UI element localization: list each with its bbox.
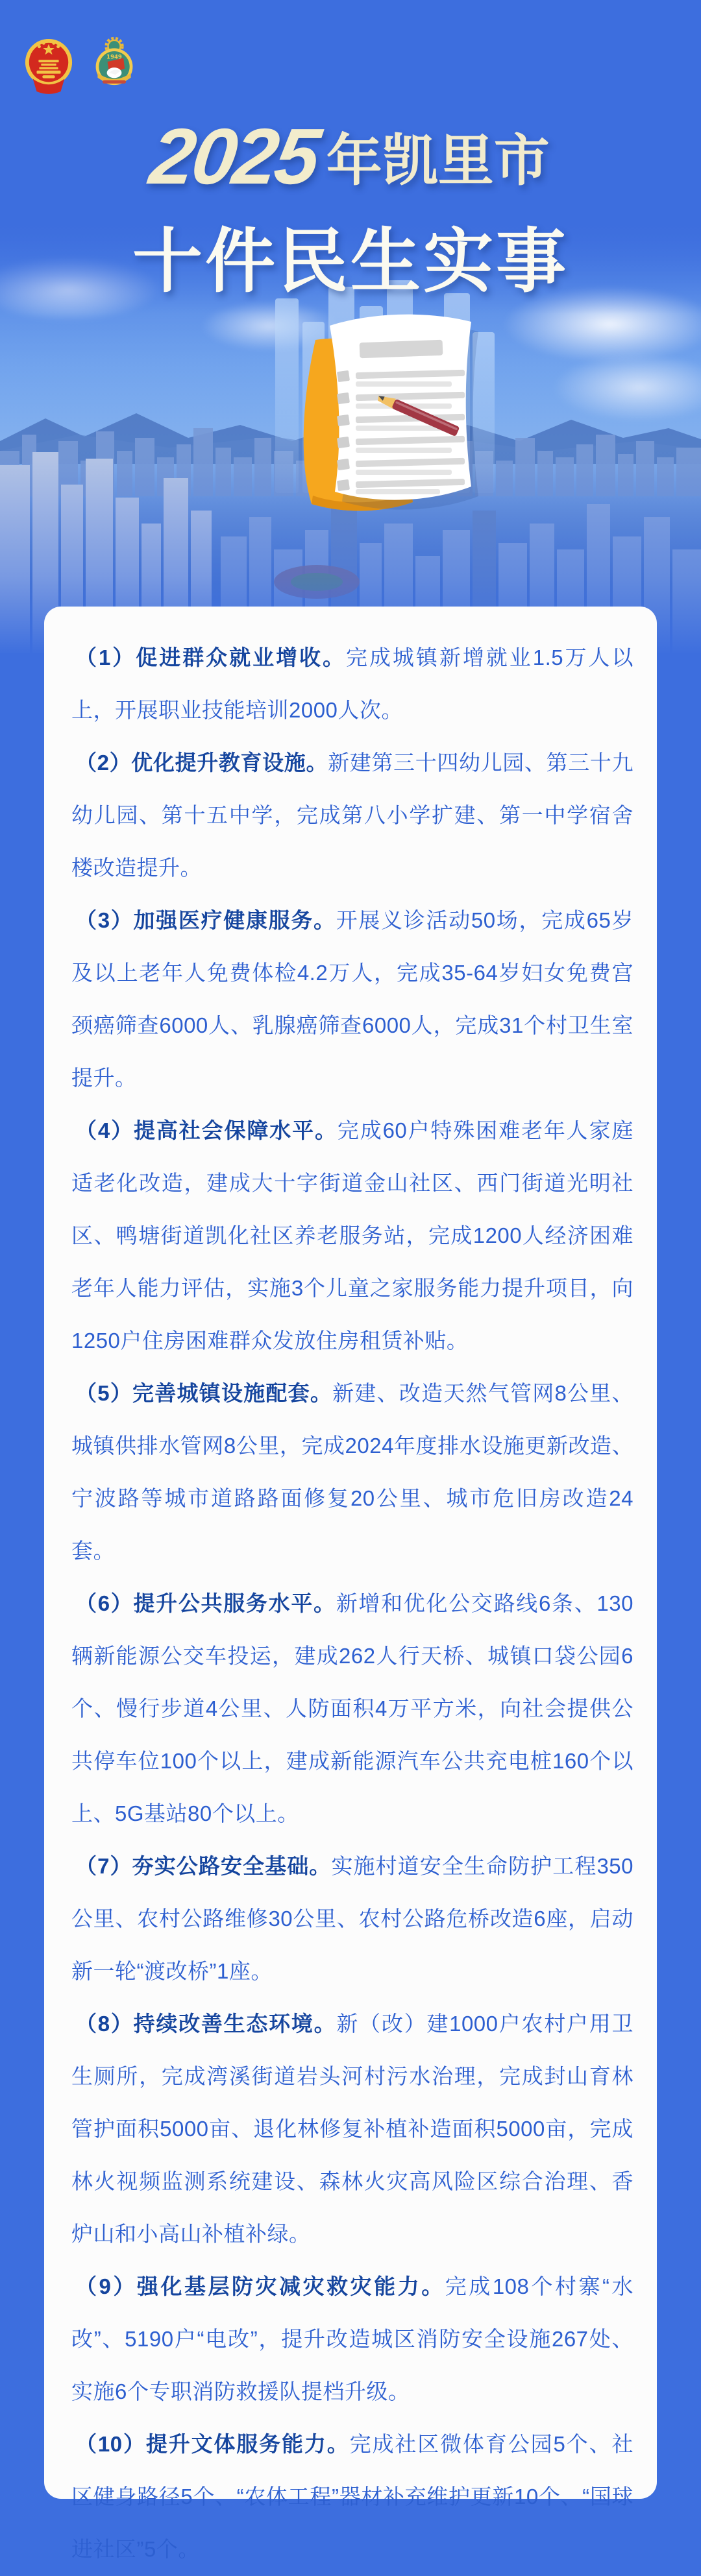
poster-title: 2025年凯里市 十件民生实事 xyxy=(0,114,701,300)
poster-title-line1: 2025年凯里市 xyxy=(0,114,701,223)
header-emblems: 1949 xyxy=(23,35,138,95)
livelihood-item-9: （9）强化基层防灾减灾救灾能力。完成108个村寨“水改”、5190户“电改”，提… xyxy=(71,2260,633,2418)
livelihood-item-1: （1）促进群众就业增收。完成城镇新增就业1.5万人以上，开展职业技能培训2000… xyxy=(71,631,633,736)
item-body: 开展义诊活动50场，完成65岁及以上老年人免费体检4.2万人，完成35-64岁妇… xyxy=(71,908,633,1090)
prc-national-emblem-icon xyxy=(23,35,74,95)
item-heading: （10）提升文体服务能力。 xyxy=(75,2432,350,2456)
title-city: 年凯里市 xyxy=(326,119,550,203)
item-heading: （6）提升公共服务水平。 xyxy=(75,1591,336,1615)
livelihood-item-6: （6）提升公共服务水平。新增和优化公交路线6条、130辆新能源公交车投运，建成2… xyxy=(71,1577,633,1840)
item-heading: （9）强化基层防灾减灾救灾能力。 xyxy=(75,2274,445,2298)
livelihood-item-3: （3）加强医疗健康服务。开展义诊活动50场，完成65岁及以上老年人免费体检4.2… xyxy=(71,894,633,1104)
livelihood-item-7: （7）夯实公路安全基础。实施村道安全生命防护工程350公里、农村公路维修30公里… xyxy=(71,1840,633,1997)
content-card: （1）促进群众就业增收。完成城镇新增就业1.5万人以上，开展职业技能培训2000… xyxy=(44,607,657,2499)
item-heading: （4）提高社会保障水平。 xyxy=(75,1118,338,1142)
cppcc-emblem-icon: 1949 xyxy=(91,35,138,95)
item-heading: （3）加强医疗健康服务。 xyxy=(75,908,336,932)
poster: { "header": { "emblems": [ { "name": "pr… xyxy=(0,0,701,2576)
item-heading: （7）夯实公路安全基础。 xyxy=(75,1854,331,1878)
item-heading: （5）完善城镇设施配套。 xyxy=(75,1381,332,1405)
livelihood-item-8: （8）持续改善生态环境。新（改）建1000户农村户用卫生厕所，完成湾溪街道岩头河… xyxy=(71,1997,633,2260)
item-body: 新（改）建1000户农村户用卫生厕所，完成湾溪街道岩头河村污水治理，完成封山育林… xyxy=(71,2012,633,2246)
poster-title-line2: 十件民生实事 xyxy=(0,223,701,300)
item-heading: （2）优化提升教育设施。 xyxy=(75,751,328,775)
livelihood-item-4: （4）提高社会保障水平。完成60户特殊困难老年人家庭适老化改造，建成大十字街道金… xyxy=(71,1104,633,1367)
livelihood-item-2: （2）优化提升教育设施。新建第三十四幼儿园、第三十九幼儿园、第十五中学，完成第八… xyxy=(71,736,633,894)
item-body: 新增和优化公交路线6条、130辆新能源公交车投运，建成262人行天桥、城镇口袋公… xyxy=(71,1591,633,1825)
item-body: 完成60户特殊困难老年人家庭适老化改造，建成大十字街道金山社区、西门街道光明社区… xyxy=(71,1118,633,1353)
items-list: （1）促进群众就业增收。完成城镇新增就业1.5万人以上，开展职业技能培训2000… xyxy=(71,631,633,2575)
title-year: 2025 xyxy=(145,114,323,199)
item-heading: （1）促进群众就业增收。 xyxy=(75,645,346,669)
item-body: 新建、改造天然气管网8公里、城镇供排水管网8公里，完成2024年度排水设施更新改… xyxy=(71,1381,633,1563)
checklist-illustration xyxy=(265,280,502,524)
livelihood-item-5: （5）完善城镇设施配套。新建、改造天然气管网8公里、城镇供排水管网8公里，完成2… xyxy=(71,1367,633,1577)
item-heading: （8）持续改善生态环境。 xyxy=(75,2012,336,2036)
livelihood-item-10: （10）提升文体服务能力。完成社区微体育公园5个、社区健身路径5个、“农体工程”… xyxy=(71,2418,633,2575)
